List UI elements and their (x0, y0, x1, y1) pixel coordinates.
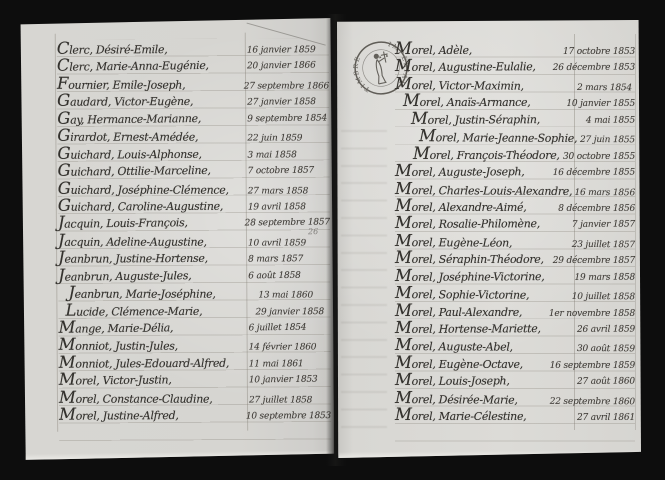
entry-name: Jeanbrun, Marie-Joséphine, (58, 284, 258, 304)
entry-date: 16 mars 1856 (574, 184, 635, 202)
register-entry: Gay, Hermance-Marianne, 9 septembre 1854 (57, 106, 329, 127)
entry-name: Morel, Louis-Joseph, (395, 370, 577, 391)
ink-bleed-through (341, 130, 387, 430)
register-entry: Morel, Louis-Joseph, 27 août 1860 (395, 370, 635, 389)
register-entry: Morel, Hortense-Mariette, 26 avril 1859 (395, 318, 635, 337)
entry-name: Morel, Victor-Maximin, (395, 75, 577, 95)
register-entry: Morel, Joséphine-Victorine, 19 mars 1858 (395, 265, 635, 284)
register-scan: Clerc, Désiré-Emile, 16 janvier 1859 Cle… (0, 0, 665, 480)
register-entry: Guichard, Joséphine-Clémence, 27 mars 18… (58, 179, 330, 197)
register-entry: Jeanbrun, Auguste-Jules, 6 août 1858 (58, 263, 330, 284)
entry-date: 22 septembre 1860 (550, 394, 635, 412)
entry-name: Morel, Eugène-Léon, (395, 232, 572, 252)
right-entry-list: Morel, Adèle, 17 octobre 1853 Morel, Aug… (395, 40, 635, 446)
left-page: Clerc, Désiré-Emile, 16 janvier 1859 Cle… (19, 18, 335, 460)
entry-date: 27 mars 1858 (248, 183, 330, 201)
register-entry: Morel, Auguste-Joseph, 16 décembre 1855 (395, 161, 635, 180)
page-curl-edge (23, 450, 332, 461)
register-entry: Guichard, Ottilie-Marceline, 7 octobre 1… (57, 158, 329, 179)
entry-name: Monniot, Justin-Jules, (59, 336, 249, 356)
entry-name: Guichard, Joséphine-Clémence, (58, 179, 248, 199)
register-entry: Morel, Sophie-Victorine, 10 juillet 1858 (395, 284, 635, 303)
register-entry: Clerc, Marie-Anna-Eugénie, 20 janvier 18… (57, 54, 329, 75)
entry-date: 2 mars 1854 (577, 80, 635, 98)
entry-name: Clerc, Marie-Anna-Eugénie, (57, 55, 247, 77)
entry-name: Morel, Rosalie-Philomène, (395, 213, 572, 234)
entry-date: 13 mai 1860 (258, 288, 330, 306)
entry-date: 10 janvier 1853 (249, 372, 331, 390)
entry-name: Girardot, Ernest-Amédée, (57, 127, 247, 147)
svg-text:TIMBRE: TIMBRE (349, 53, 373, 96)
entry-date: 10 juillet 1858 (572, 289, 635, 307)
entry-date: 27 septembre 1866 (244, 78, 329, 96)
register-entry: Jacquin, Adeline-Augustine, 10 avril 185… (58, 231, 330, 249)
entry-date: 23 juillet 1857 (572, 237, 635, 255)
entry-name: Jacquin, Adeline-Augustine, (58, 231, 248, 251)
entry-name: Guichard, Ottilie-Marceline, (57, 159, 247, 181)
entry-name: Morel, Victor-Justin, (59, 369, 249, 391)
register-entry: Jeanbrun, Marie-Joséphine, 13 mai 1860 (58, 284, 330, 302)
folio-number: 26 (308, 227, 318, 236)
register-entry: Morel, Rosalie-Philomène, 7 janvier 1857 (395, 213, 635, 232)
entry-date: 10 avril 1859 (248, 235, 330, 253)
entry-name: Morel, Constance-Claudine, (59, 388, 249, 408)
register-entry: Morel, Victor-Justin, 10 janvier 1853 (59, 368, 331, 389)
entry-date: 10 septembre 1853 (246, 408, 331, 426)
register-entry: Morel, Augustine-Eulalie, 26 décembre 18… (395, 56, 635, 75)
register-entry: Morel, Charles-Louis-Alexandre, 16 mars … (395, 180, 635, 199)
entry-date: 22 juin 1859 (247, 131, 329, 149)
entry-date: 30 août 1859 (577, 341, 635, 359)
entry-date: 27 avril 1861 (577, 410, 635, 427)
register-entry: Morel, Auguste-Abel, 30 août 1859 (395, 336, 635, 355)
register-entry: Morel, Justin-Séraphin, 4 mai 1855 (395, 108, 635, 127)
register-entry: Monniot, Justin-Jules, 14 février 1860 (59, 336, 331, 354)
entry-date: 27 juin 1855 (580, 132, 635, 150)
register-entry: Morel, Marie-Jeanne-Sophie, 27 juin 1855 (395, 127, 635, 146)
right-page: TIMBRE IMPÉRIAL Morel, Adèle, 17 octobre… (337, 20, 641, 458)
left-entry-list: Clerc, Désiré-Emile, 16 janvier 1859 Cle… (57, 38, 331, 442)
register-entry: Morel, Victor-Maximin, 2 mars 1854 (395, 75, 635, 94)
register-entry: Jacquin, Louis-François, 28 septembre 18… (58, 211, 330, 232)
page-curl-edge (339, 450, 639, 459)
entry-date: 27 juillet 1858 (249, 392, 331, 410)
edge-margin-rule (635, 34, 636, 430)
entry-name: Morel, Augustine-Eulalie, (395, 56, 553, 76)
entry-name: Jacquin, Louis-François, (58, 212, 245, 234)
register-entry: Girardot, Ernest-Amédée, 22 juin 1859 (57, 127, 329, 145)
entry-name: Fournier, Emile-Joseph, (57, 74, 244, 94)
entry-date: 16 décembre 1855 (553, 165, 635, 183)
justice-figure-icon (372, 51, 393, 84)
entry-name: Morel, Marie-Jeanne-Sophie, (395, 127, 580, 147)
register-entry: Morel, Constance-Claudine, 27 juillet 18… (59, 388, 331, 406)
entry-date: 27 août 1860 (577, 374, 635, 392)
register-entry: Mange, Marie-Délia, 6 juillet 1854 (58, 315, 330, 336)
entry-date: 14 février 1860 (249, 340, 331, 358)
entry-name: Morel, Auguste-Abel, (395, 336, 577, 356)
register-entry: Morel, Eugène-Léon, 23 juillet 1857 (395, 232, 635, 251)
entry-name: Morel, Désirée-Marie, (395, 389, 550, 409)
register-entry: Morel, Désirée-Marie, 22 septembre 1860 (395, 389, 635, 408)
entry-date: 7 octobre 1857 (248, 162, 330, 180)
stamp-text-left: TIMBRE (349, 53, 373, 96)
register-entry: Fournier, Emile-Joseph, 27 septembre 186… (57, 74, 329, 92)
entry-name: Morel, Joséphine-Victorine, (395, 266, 575, 287)
entry-name: Morel, Charles-Louis-Alexandre, (395, 180, 575, 200)
entry-name: Morel, Auguste-Joseph, (395, 161, 553, 181)
entry-name: Morel, Sophie-Victorine, (395, 284, 572, 304)
